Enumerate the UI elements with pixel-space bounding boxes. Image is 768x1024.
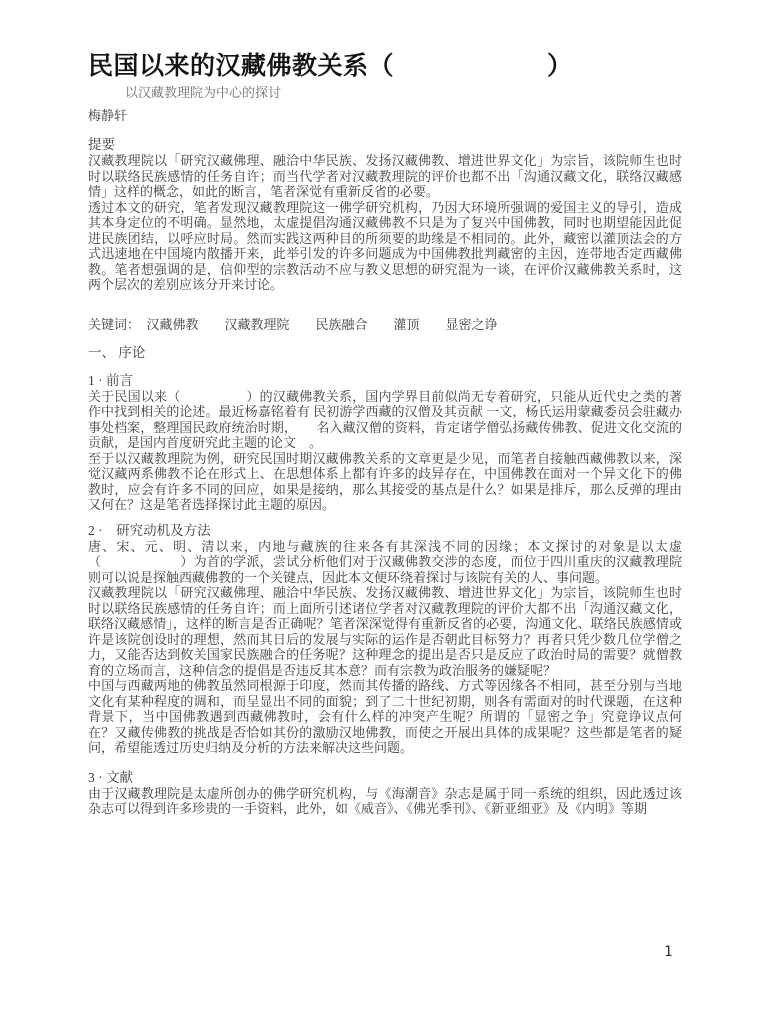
abstract-paragraph-1: 汉藏教理院以「研究汉藏佛理、融洽中华民族、发扬汉藏佛教、增进世界文化」为宗旨，该…	[88, 153, 682, 200]
author-name: 梅静轩	[88, 108, 682, 123]
doc-subtitle: 以汉藏教理院为中心的探讨	[125, 85, 682, 100]
section-heading-introduction: 一、 序论	[88, 345, 682, 361]
abstract-heading: 提要	[88, 137, 682, 153]
document-page: 民国以来的汉藏佛教关系（ ） 以汉藏教理院为中心的探讨 梅静轩 提要 汉藏教理院…	[0, 0, 768, 1024]
foreword-paragraph-2: 至于以汉藏教理院为例，研究民国时期汉藏佛教关系的文章更是少见，而笔者自接触西藏佛…	[88, 451, 682, 513]
subsection-heading-motivation: 2 · 研究动机及方法	[88, 523, 682, 539]
motivation-paragraph-2: 汉藏教理院以「研究汉藏佛理、融洽中华民族、发扬汉藏佛教、增进世界文化」为宗旨，该…	[88, 585, 682, 678]
page-title: 民国以来的汉藏佛教关系（ ）	[88, 52, 682, 82]
keywords-line: 关键词： 汉藏佛教 汉藏教理院 民族融合 灌顶 显密之诤	[88, 317, 682, 333]
motivation-paragraph-3: 中国与西藏两地的佛教虽然同根源于印度，然而其传播的路线、方式等因缘各不相同，甚至…	[88, 678, 682, 756]
motivation-paragraph-1: 唐、宋、元、明、清以来，内地与藏族的往来各有其深浅不同的因缘；本文探讨的对象是以…	[88, 539, 682, 586]
abstract-paragraph-2: 透过本文的研究，笔者发现汉藏教理院这一佛学研究机构，乃因大环境所强调的爱国主义的…	[88, 200, 682, 293]
document-content: 民国以来的汉藏佛教关系（ ） 以汉藏教理院为中心的探讨 梅静轩 提要 汉藏教理院…	[88, 0, 682, 817]
foreword-paragraph-1: 关于民国以来（ ）的汉藏佛教关系，国内学界目前似尚无专着研究，只能从近代史之类的…	[88, 389, 682, 451]
literature-paragraph-1: 由于汉藏教理院是太虚所创办的佛学研究机构，与《海潮音》杂志是属于同一系统的组织，…	[88, 786, 682, 817]
subsection-heading-foreword: 1 · 前言	[88, 373, 682, 389]
subsection-heading-literature: 3 · 文献	[88, 770, 682, 786]
page-number: 1	[664, 944, 672, 960]
